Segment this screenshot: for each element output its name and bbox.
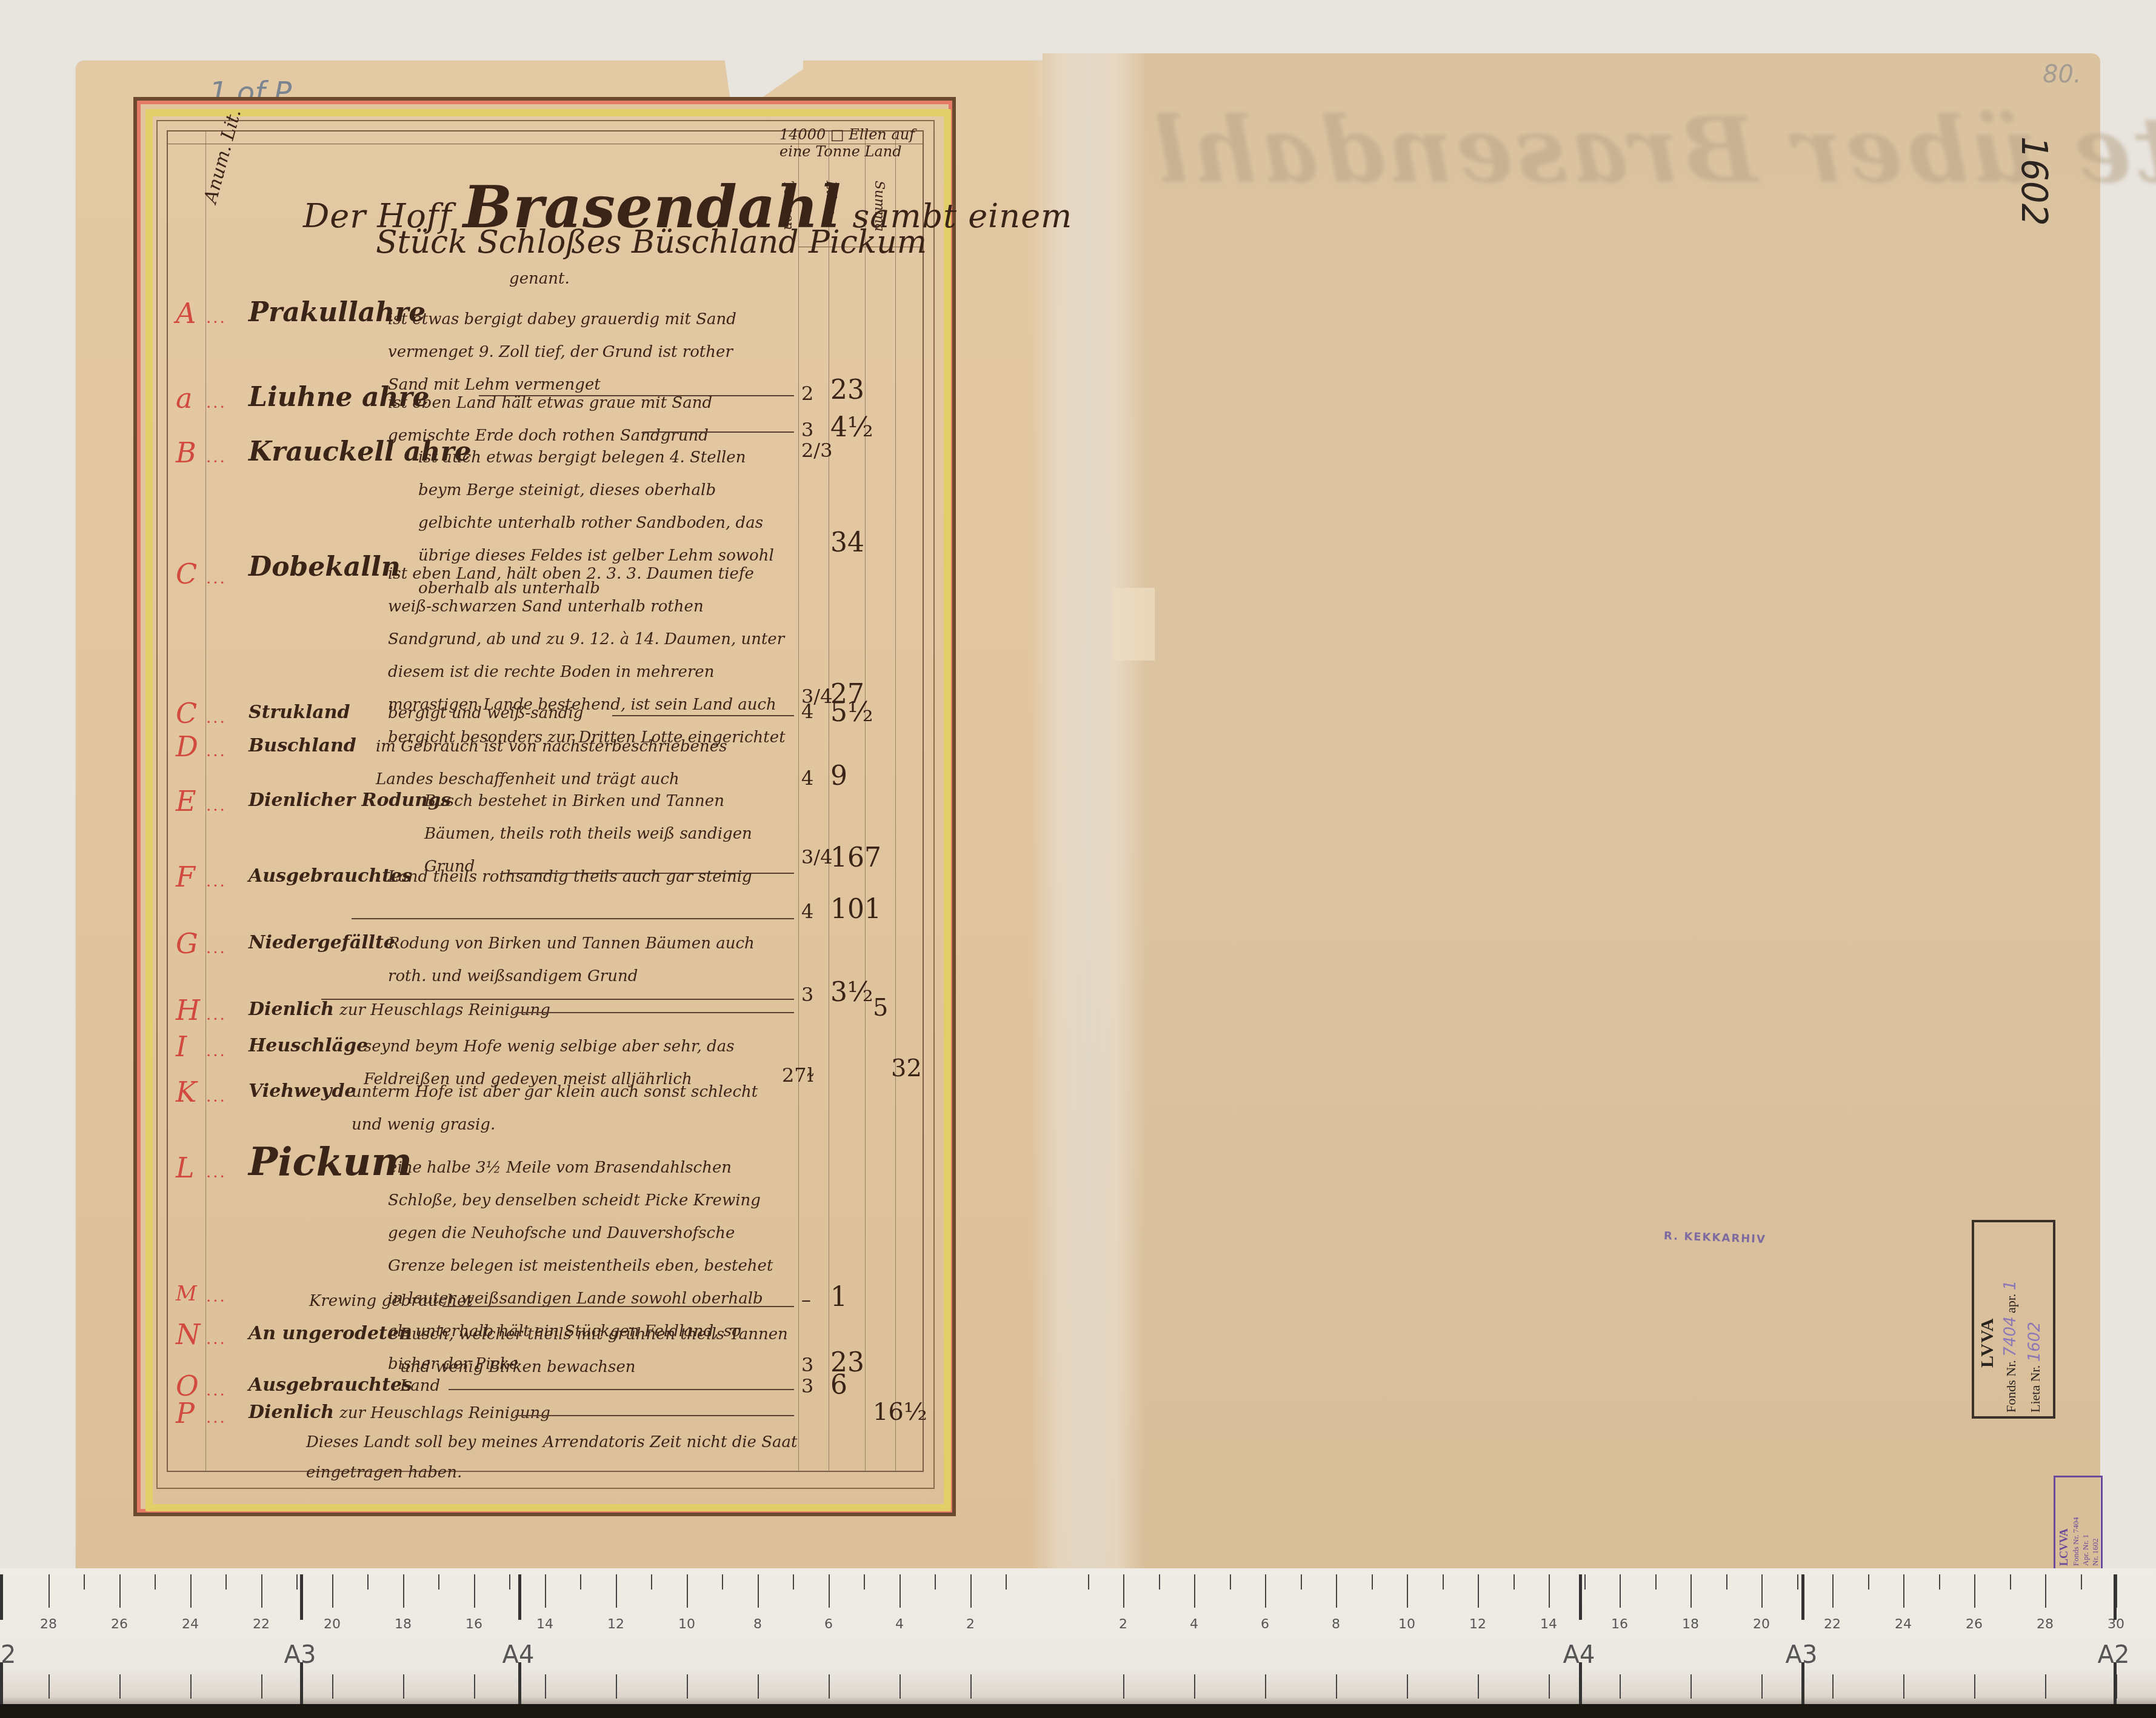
ruler-number: 22: [253, 1617, 270, 1632]
entry-lead-word: Ausgebrauchtes: [249, 1374, 412, 1396]
entry-letter: K: [176, 1076, 196, 1108]
ruler-number: 20: [324, 1617, 341, 1632]
stamp-lieta-row: Lieta Nr. 1602: [2026, 1322, 2044, 1413]
ruler-tick: [1194, 1574, 1195, 1608]
ruler-number: 28: [40, 1617, 57, 1632]
stamp-content: LVVA Fonds Nr. 7404 apr. 1 Lieta Nr. 160…: [1974, 1222, 2053, 1416]
leader-dots: ...: [206, 873, 227, 891]
ruler-number: 8: [1332, 1617, 1340, 1632]
ruler-tick: [2081, 1574, 2082, 1590]
closing-note: Dieses Landt soll bey meines Arrendatori…: [306, 1427, 803, 1488]
ruler-tick: [1868, 1574, 1869, 1590]
entry-tonnen: 3/4: [801, 845, 833, 868]
entry-lead-word: Dienlich: [249, 1402, 334, 1423]
entry-letter: C: [176, 558, 197, 590]
paper-repair-patch: [1112, 588, 1155, 661]
ruler-tick: [1832, 1674, 1834, 1699]
entry-letter: D: [176, 730, 198, 763]
ruler-tick: [616, 1574, 617, 1608]
entry-text: zur Heuschlags Reinigung: [339, 994, 582, 1027]
ruler-tick: [722, 1574, 723, 1590]
leader-dots: ...: [206, 939, 227, 957]
ruler-tick: [1620, 1674, 1621, 1699]
ruler-tick: [1761, 1574, 1763, 1608]
entry-tonnen: –: [801, 1288, 811, 1311]
ruler-tick: [1939, 1574, 1940, 1590]
ruler-tick: [1006, 1574, 1007, 1590]
leader-dots: ...: [206, 1288, 227, 1306]
ruler-tick: [474, 1674, 475, 1699]
ruler-tick: [935, 1574, 936, 1590]
entry-tonnen: 2/3: [801, 439, 833, 462]
entry-summa: 32: [891, 1054, 922, 1082]
ruler-tick: [190, 1574, 192, 1608]
leader-line: [449, 1389, 794, 1390]
entry-summa: 16½: [873, 1398, 927, 1426]
entry-tonnen: 2: [801, 382, 813, 405]
ruler-tick: [758, 1674, 759, 1699]
format-mark: [1579, 1574, 1582, 1620]
ruler-tick: [1832, 1574, 1834, 1608]
entry-letter: E: [176, 785, 196, 817]
lieta-label: Nr.: [2091, 1556, 2100, 1566]
entry-ellen: 167: [830, 842, 881, 873]
leader-dots: ...: [206, 1088, 227, 1106]
entry-text: unterm Hofe ist aber gar klein auch sons…: [352, 1076, 788, 1141]
entry-text: bergigt und weiß-sandig: [388, 697, 691, 730]
ruler-tick: [1903, 1574, 1904, 1608]
stamp-apr-row: Apr. Nr. 1: [2081, 1534, 2091, 1566]
ruler-number: 18: [395, 1617, 412, 1632]
entry-ellen: 3½: [830, 977, 873, 1008]
entry-tonnen: 4: [801, 767, 813, 790]
area-note: 14000 □ Ellen auf eine Tonne Land: [779, 126, 925, 160]
ruler-tick: [1407, 1674, 1408, 1699]
lieta-value: 1602: [2091, 1539, 2100, 1554]
ruler-number: 2: [966, 1617, 975, 1632]
ruler-number: 14: [1540, 1617, 1557, 1632]
ruler-tick: [296, 1574, 298, 1590]
entry-ellen: 1: [830, 1282, 847, 1313]
ruler-tick: [332, 1574, 333, 1608]
entry-ellen: 4½: [830, 412, 873, 443]
ruler-tick: [225, 1574, 227, 1590]
archive-number: 1602: [2014, 136, 2055, 226]
ruler-number: 8: [753, 1617, 762, 1632]
ruler-number: 26: [111, 1617, 128, 1632]
format-label: A3: [1786, 1641, 1818, 1669]
entry-letter: M: [176, 1282, 197, 1306]
ruler-tick: [332, 1674, 333, 1699]
ruler-tick: [119, 1574, 121, 1608]
ruler-edge: [0, 1704, 2156, 1718]
ruler-tick: [793, 1574, 794, 1590]
leader-dots: ...: [206, 1042, 227, 1060]
leader-dots: ...: [206, 1409, 227, 1427]
entry-summa: 5: [873, 994, 888, 1022]
ruler-tick: [1903, 1674, 1904, 1699]
leader-line: [352, 918, 794, 919]
entry-lead-word: Dienlicher Rodungs: [249, 790, 451, 811]
leader-dots: ...: [206, 309, 227, 327]
ruler-tick: [438, 1574, 439, 1590]
ruler-tick: [1194, 1674, 1195, 1699]
entry-text: Land theils rothsandig theils auch gar s…: [388, 861, 776, 893]
entry-letter: B: [176, 436, 196, 469]
ruler-tick: [1584, 1574, 1586, 1590]
format-label: A4: [1563, 1641, 1595, 1669]
column-header: 14000 □ Ellen auf eine Tonne Land Tonnen…: [779, 126, 925, 160]
ruler-number: 20: [1753, 1617, 1770, 1632]
ruler-tick: [616, 1674, 617, 1699]
entry-lead-word: Buschland: [249, 735, 356, 756]
ruler-tick: [1336, 1674, 1337, 1699]
ruler-tick: [48, 1674, 50, 1699]
entry-lead-word: An ungerodeten: [249, 1323, 412, 1344]
ruler-number: 6: [1261, 1617, 1269, 1632]
format-mark: [1801, 1574, 1804, 1620]
format-mark: [300, 1574, 303, 1620]
entry-ellen: 101: [830, 894, 881, 925]
ruler-tick: [1088, 1574, 1089, 1590]
ruler-tick: [545, 1674, 546, 1699]
ruler-tick: [509, 1574, 510, 1590]
ruler-tick: [2045, 1574, 2046, 1608]
lieta-value: 1602: [2026, 1322, 2044, 1362]
ruler-number: 24: [1895, 1617, 1912, 1632]
entry-letter: C: [176, 697, 197, 730]
column-rule: [895, 132, 896, 1471]
lvva-archive-stamp: LVVA Fonds Nr. 7404 apr. 1 Lieta Nr. 160…: [1972, 1220, 2055, 1419]
ruler-number: 14: [536, 1617, 553, 1632]
apr-value: 1: [2081, 1534, 2090, 1539]
ruler-tick: [1230, 1574, 1231, 1590]
column-rule: [798, 132, 799, 1471]
ruler-number: 18: [1682, 1617, 1699, 1632]
ruler-tick: [1372, 1574, 1373, 1590]
leader-dots: ...: [206, 394, 227, 412]
entry-letter: a: [176, 382, 192, 415]
ruler-tick: [687, 1574, 688, 1608]
fonds-value: 7404: [2071, 1517, 2080, 1533]
ruler-tick: [1620, 1574, 1621, 1608]
ruler-number: 22: [1824, 1617, 1841, 1632]
stamp-title: LCVVA: [2058, 1528, 2071, 1566]
ruler-number: 16: [1611, 1617, 1628, 1632]
document-title-line3: genant.: [509, 270, 570, 288]
entry-text: Krewing gebrauchet: [309, 1285, 491, 1317]
stamp-fonds-row: Fonds Nr. 7404: [2071, 1517, 2081, 1566]
entry-text: Rodung von Birken und Tannen Bäumen auch…: [388, 927, 788, 993]
ruler-number: 4: [1190, 1617, 1198, 1632]
ruler-tick: [1655, 1574, 1657, 1590]
apr-value: 1: [2001, 1280, 2020, 1291]
ruler-number: 16: [466, 1617, 482, 1632]
ruler-tick: [899, 1574, 901, 1608]
ruler-tick: [1690, 1674, 1692, 1699]
bleed-through-heading: Geometrische Charte über Brasendahl: [1152, 97, 2156, 204]
fonds-label: Fonds Nr.: [2071, 1535, 2080, 1566]
entry-letter: L: [176, 1151, 195, 1184]
format-mark: [2114, 1574, 2117, 1620]
entry-letter: G: [176, 927, 198, 960]
apr-label: apr.: [2003, 1294, 2018, 1313]
ruler-tick: [1336, 1574, 1337, 1608]
ruler-number: 2: [1119, 1617, 1127, 1632]
ruler-tick: [119, 1674, 121, 1699]
ruler-tick: [261, 1574, 262, 1608]
entry-letter: I: [176, 1030, 187, 1063]
ruler-tick: [829, 1574, 830, 1608]
ruler-tick: [1761, 1674, 1763, 1699]
ruler-tick: [545, 1574, 546, 1608]
stamp-lieta-row: Nr. 1602: [2091, 1539, 2100, 1567]
entry-lead-word: Dienlich: [249, 999, 334, 1020]
column-rule: [865, 132, 866, 1471]
stamp-content: LCVVA Fonds Nr. 7404 Apr. Nr. 1 Nr. 1602: [2055, 1477, 2101, 1568]
ruler-number: 12: [607, 1617, 624, 1632]
entry-letter: P: [176, 1397, 195, 1430]
format-mark: [518, 1574, 521, 1620]
ruler-tick: [864, 1574, 865, 1590]
leader-dots: ...: [206, 570, 227, 588]
entry-ellen: 5½: [830, 697, 873, 728]
leader-dots: ...: [206, 1006, 227, 1024]
leader-dots: ...: [206, 1382, 227, 1400]
ruler-tick: [1443, 1574, 1444, 1590]
ruler-number: 24: [182, 1617, 199, 1632]
ruler-tick: [1123, 1574, 1124, 1608]
ruler-tick: [1549, 1674, 1550, 1699]
ruler-tick: [403, 1674, 404, 1699]
right-page: [1043, 53, 2100, 1571]
leader-line: [515, 1415, 794, 1416]
leader-line: [515, 1012, 794, 1013]
ruler-tick: [1514, 1574, 1515, 1590]
entry-ellen: 23: [830, 375, 864, 405]
format-label: A4: [502, 1641, 535, 1669]
entry-letter: H: [176, 994, 200, 1027]
format-mark: [0, 1574, 3, 1620]
ruler-number: 10: [678, 1617, 695, 1632]
gauze-binding-strip: [1030, 53, 1146, 1571]
format-label: A2: [0, 1641, 16, 1669]
entry-lead-word: Dobekalln: [249, 551, 401, 582]
entry-lead-word: Niedergefällte: [249, 932, 395, 953]
ruler-tick: [1797, 1574, 1798, 1590]
ruler-tick: [1478, 1674, 1479, 1699]
ruler-tick: [1974, 1674, 1975, 1699]
ruler-tick: [899, 1674, 901, 1699]
format-label: A3: [284, 1641, 316, 1669]
entry-tonnen: 3: [801, 1374, 813, 1397]
fonds-label: Fonds Nr.: [2003, 1360, 2018, 1413]
entry-lead-word: Strukland: [249, 702, 350, 723]
ruler-tick: [48, 1574, 50, 1608]
entry-ellen: 9: [830, 761, 847, 791]
ruler-tick: [1265, 1574, 1266, 1608]
entry-tonnen: 3: [801, 983, 813, 1006]
ruler-tick: [1407, 1574, 1408, 1608]
col-ellen: Ellen: [822, 181, 839, 215]
col-summa: Summa: [870, 181, 887, 231]
ruler-tick: [651, 1574, 652, 1590]
ruler-tick: [970, 1574, 972, 1608]
entry-letter: A: [176, 297, 196, 330]
ruler-tick: [474, 1574, 475, 1608]
leader-line: [642, 431, 794, 433]
ruler-tick: [580, 1574, 581, 1590]
entry-ellen: 6: [830, 1370, 847, 1400]
stamp-title: LVVA: [1977, 1318, 1998, 1368]
apr-label: Apr. Nr.: [2081, 1540, 2090, 1566]
ruler-tick: [190, 1674, 192, 1699]
entry-letter: F: [176, 861, 195, 893]
entry-letter: N: [176, 1318, 200, 1351]
leader-dots: ...: [206, 1330, 227, 1348]
ruler-tick: [1301, 1574, 1302, 1590]
leader-dots: ...: [206, 1164, 227, 1182]
ruler-number: 26: [1966, 1617, 1983, 1632]
ruler-tick: [261, 1674, 262, 1699]
leader-line: [442, 1306, 794, 1307]
ruler-tick: [1690, 1574, 1692, 1608]
entry-lead-word: Heuschläge: [249, 1035, 368, 1056]
ruler-tick: [758, 1574, 759, 1608]
stamp-fonds-row: Fonds Nr. 7404 apr. 1: [2001, 1280, 2020, 1413]
ruler-tick: [1159, 1574, 1160, 1590]
ruler-tick: [155, 1574, 156, 1590]
ruler-tick: [1974, 1574, 1975, 1608]
entry-tonnen: 4: [801, 700, 813, 723]
leader-dots: ...: [206, 709, 227, 727]
col-tonnen: Tonnen: [779, 181, 796, 230]
leader-dots: ...: [206, 448, 227, 467]
entry-text: zur Heuschlags Reinigung: [339, 1397, 582, 1430]
entry-ellen: 34: [830, 527, 864, 558]
entry-lead-word: Viehweyde: [249, 1080, 356, 1102]
folio-number: 80.: [2043, 61, 2081, 88]
lieta-label: Lieta Nr.: [2028, 1365, 2043, 1413]
column-rule: [829, 132, 829, 1471]
entry-tonnen: 4: [801, 900, 813, 923]
ruler-number: 10: [1398, 1617, 1415, 1632]
ruler-number: 6: [824, 1617, 833, 1632]
fonds-value: 7404: [2001, 1317, 2020, 1357]
ruler-tick: [2045, 1674, 2046, 1699]
entry-tonnen: 3: [801, 1353, 813, 1376]
ruler-tick: [1478, 1574, 1479, 1608]
ruler-number: 4: [895, 1617, 904, 1632]
leader-dots: ...: [206, 742, 227, 761]
format-label: A2: [2098, 1641, 2130, 1669]
ruler-tick: [687, 1674, 688, 1699]
lcvva-archive-stamp: LCVVA Fonds Nr. 7404 Apr. Nr. 1 Nr. 1602: [2054, 1476, 2103, 1570]
ruler-number: 12: [1469, 1617, 1486, 1632]
ruler-tick: [403, 1574, 404, 1608]
ruler-tick: [829, 1674, 830, 1699]
leader-line: [612, 715, 794, 716]
document-title-line2: Stück Schloßes Büschland Pickum: [376, 224, 927, 261]
ruler-tick: [1549, 1574, 1550, 1608]
ruler-tick: [1123, 1674, 1124, 1699]
ruler-number: 28: [2037, 1617, 2054, 1632]
ruler-tick: [2010, 1574, 2011, 1590]
ruler-tick: [970, 1674, 972, 1699]
ruler-tick: [1265, 1674, 1266, 1699]
ruler-tick: [367, 1574, 369, 1590]
entry-tonnen: 3: [801, 418, 813, 441]
leader-dots: ...: [206, 797, 227, 815]
ruler-tick: [1726, 1574, 1727, 1590]
measurement-ruler: 2826242220181614121086422468101214161820…: [0, 1568, 2156, 1711]
ruler-tick: [84, 1574, 85, 1590]
